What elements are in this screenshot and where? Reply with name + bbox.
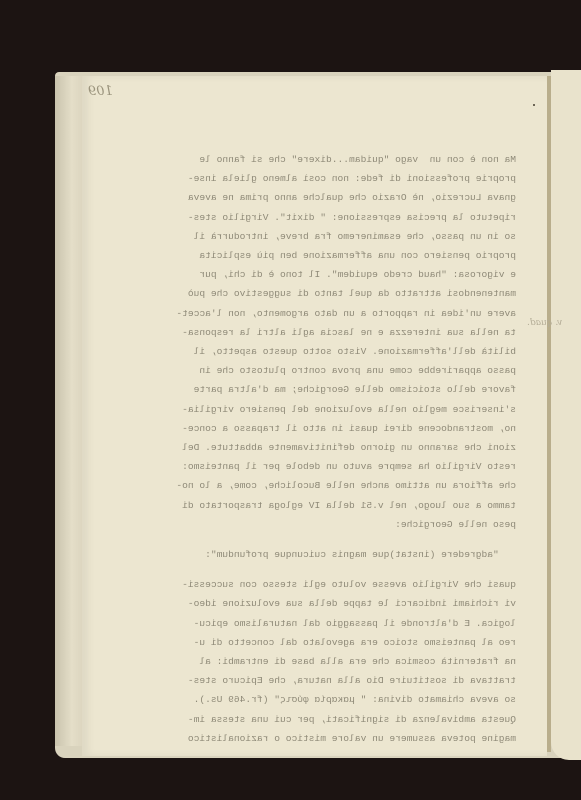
text-line: proprio pensiero con una affermazione be…	[136, 246, 516, 265]
text-line: avere un'idea in rapporto a un dato argo…	[136, 304, 516, 323]
text-line: trattava di sostituire Dio alla natura, …	[136, 671, 516, 690]
text-line: magine poteva assumere un valore mistico…	[136, 729, 516, 748]
text-line: s'inserisce meglio nella evoluzione del …	[136, 400, 516, 419]
text-line: favore dello stoicismo delle Georgiche; …	[136, 380, 516, 399]
text-line: na fraternità cosmica che era alla base …	[136, 652, 516, 671]
text-line: e vigorosa: "haud credo equidem". Il ton…	[136, 265, 516, 284]
text-line: Ma non è con un vago "quidam...dixere" c…	[136, 150, 516, 169]
text-line: no, mostrandocene direi quasi in atto il…	[136, 419, 516, 438]
blank-line	[136, 564, 516, 575]
text-line: tammo a suo luogo, nel v.51 della IV egl…	[136, 496, 516, 515]
text-line: gnava Lucrezio, nè Orazio che qualche an…	[136, 188, 516, 207]
ink-speck	[533, 104, 535, 106]
text-line: mantenendosi attratto da quel tanto di s…	[136, 284, 516, 303]
text-line: passo apparirebbe come una prova contro …	[136, 361, 516, 380]
blank-line	[136, 534, 516, 545]
text-line: quasi che Virgilio avesse voluto egli st…	[136, 575, 516, 594]
text-line: che affiora un attimo anche nelle Bucoli…	[136, 476, 516, 495]
text-line: vi richiami indicarci le tappe della sua…	[136, 594, 516, 613]
text-line: so aveva chiamato divina: " μακαρία φύσι…	[136, 690, 516, 709]
margin-annotation: v. quad.	[527, 318, 562, 328]
typewritten-body: Ma non è con un vago "quidam...dixere" c…	[136, 150, 516, 748]
text-line: so in un passo, che esamineremo fra brev…	[136, 227, 516, 246]
text-line: reo al panteismo stoico era agevolato da…	[136, 633, 516, 652]
page-number: 109	[88, 84, 113, 99]
text-line: peso nelle Georgiche:	[136, 515, 516, 534]
text-line: Questa ambivalenza di significati, per c…	[136, 710, 516, 729]
text-line: resto Virgilio ha sempre avuto un debole…	[136, 457, 516, 476]
text-line: ripetuto la precisa espressione: " dixit…	[136, 208, 516, 227]
text-line: ta nella sua interezza e ne lascia agli …	[136, 323, 516, 342]
page-left-edge	[55, 76, 83, 746]
text-line: zioni che saranno un giorno definitivame…	[136, 438, 516, 457]
facing-page	[551, 70, 581, 760]
text-line: "adgredere (instat)que magnis cuicunque …	[136, 545, 516, 564]
text-line: bilità dell'affermazione. Visto sotto qu…	[136, 342, 516, 361]
text-line: proprie professioni di fede: non così al…	[136, 169, 516, 188]
text-line: logica. E d'altronde il passaggio dal na…	[136, 614, 516, 633]
